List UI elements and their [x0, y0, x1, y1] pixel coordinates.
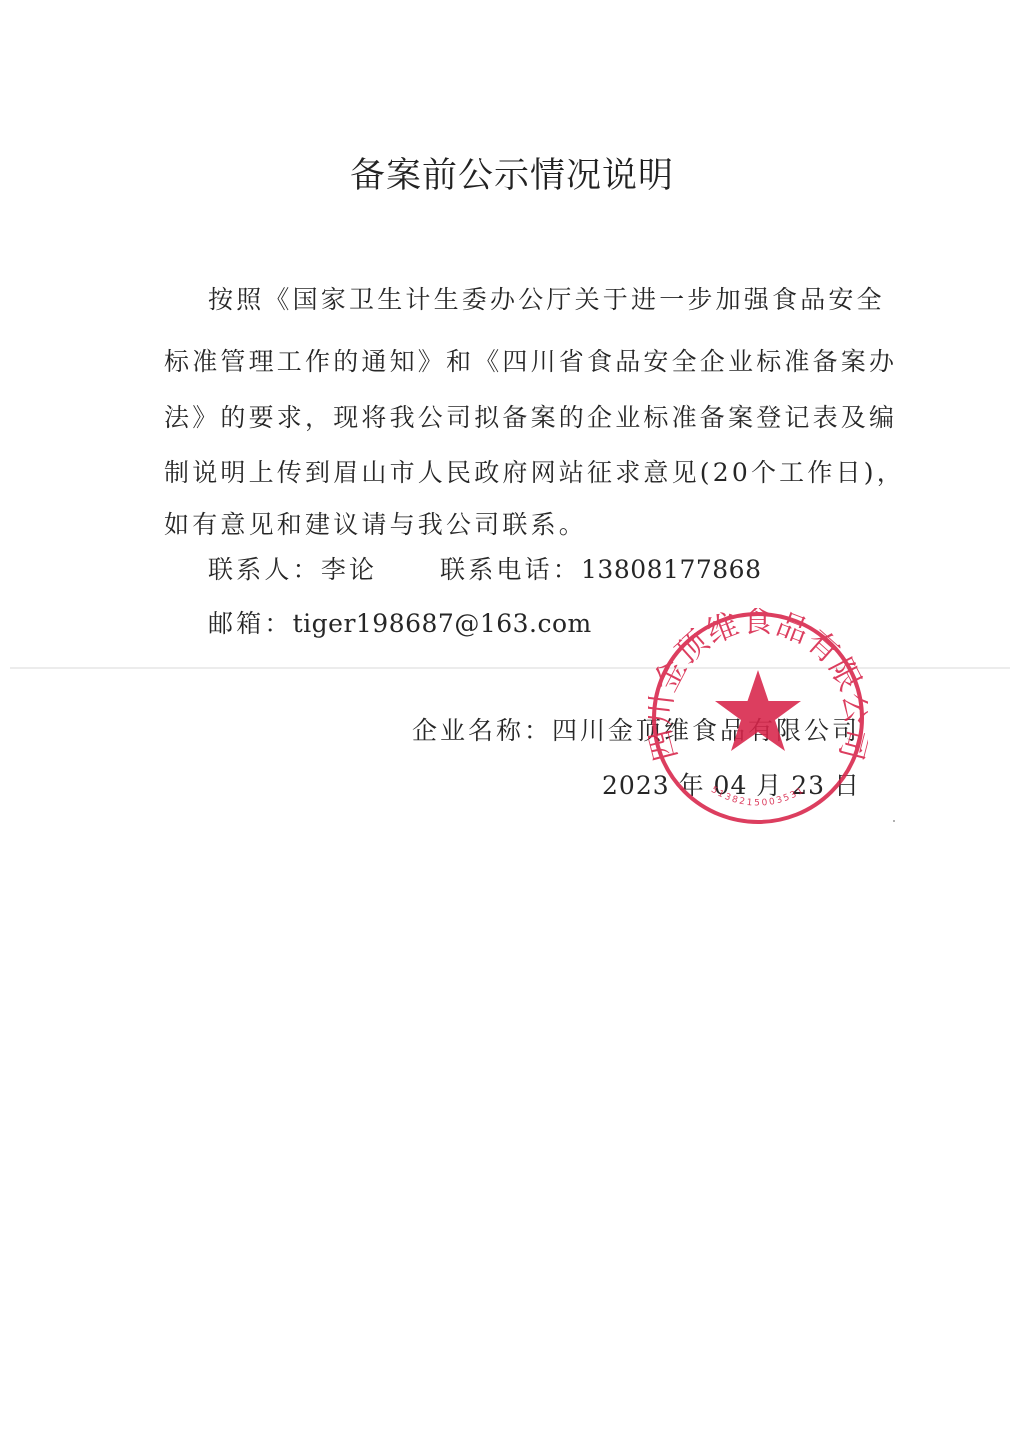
contact-email-label: 邮箱： — [208, 609, 293, 638]
contact-phone-line: 联系电话：13808177868 — [440, 550, 761, 586]
seal-star-icon — [715, 670, 801, 751]
contact-phone-number: 13808177868 — [581, 555, 761, 584]
svg-text:5138215003531: 5138215003531 — [709, 785, 807, 809]
contact-person-label: 联系人： — [208, 555, 321, 584]
body-line-5: 如有意见和建议请与我公司联系。 — [164, 505, 587, 541]
company-label: 企业名称： — [412, 716, 552, 745]
scan-speck — [893, 820, 895, 822]
body-line-4: 制说明上传到眉山市人民政府网站征求意见(20个工作日)， — [164, 453, 905, 489]
contact-person-line: 联系人：李论 — [208, 550, 377, 586]
contact-person-name: 李论 — [321, 555, 377, 584]
seal-code: 5138215003531 — [709, 785, 807, 809]
contact-email-line: 邮箱：tiger198687@163.com — [208, 604, 592, 640]
body-line-3: 法》的要求，现将我公司拟备案的企业标准备案登记表及编 — [164, 398, 897, 434]
body-line-2: 标准管理工作的通知》和《四川省食品安全企业标准备案办 — [164, 342, 897, 378]
contact-phone-label: 联系电话： — [440, 555, 581, 584]
contact-email: tiger198687@163.com — [293, 609, 592, 638]
body-line-1: 按照《国家卫生计生委办公厅关于进一步加强食品安全 — [208, 280, 885, 316]
document-title: 备案前公示情况说明 — [0, 148, 1024, 198]
company-seal-icon: 四川金顶维食品有限公司 5138215003531 — [648, 608, 868, 828]
